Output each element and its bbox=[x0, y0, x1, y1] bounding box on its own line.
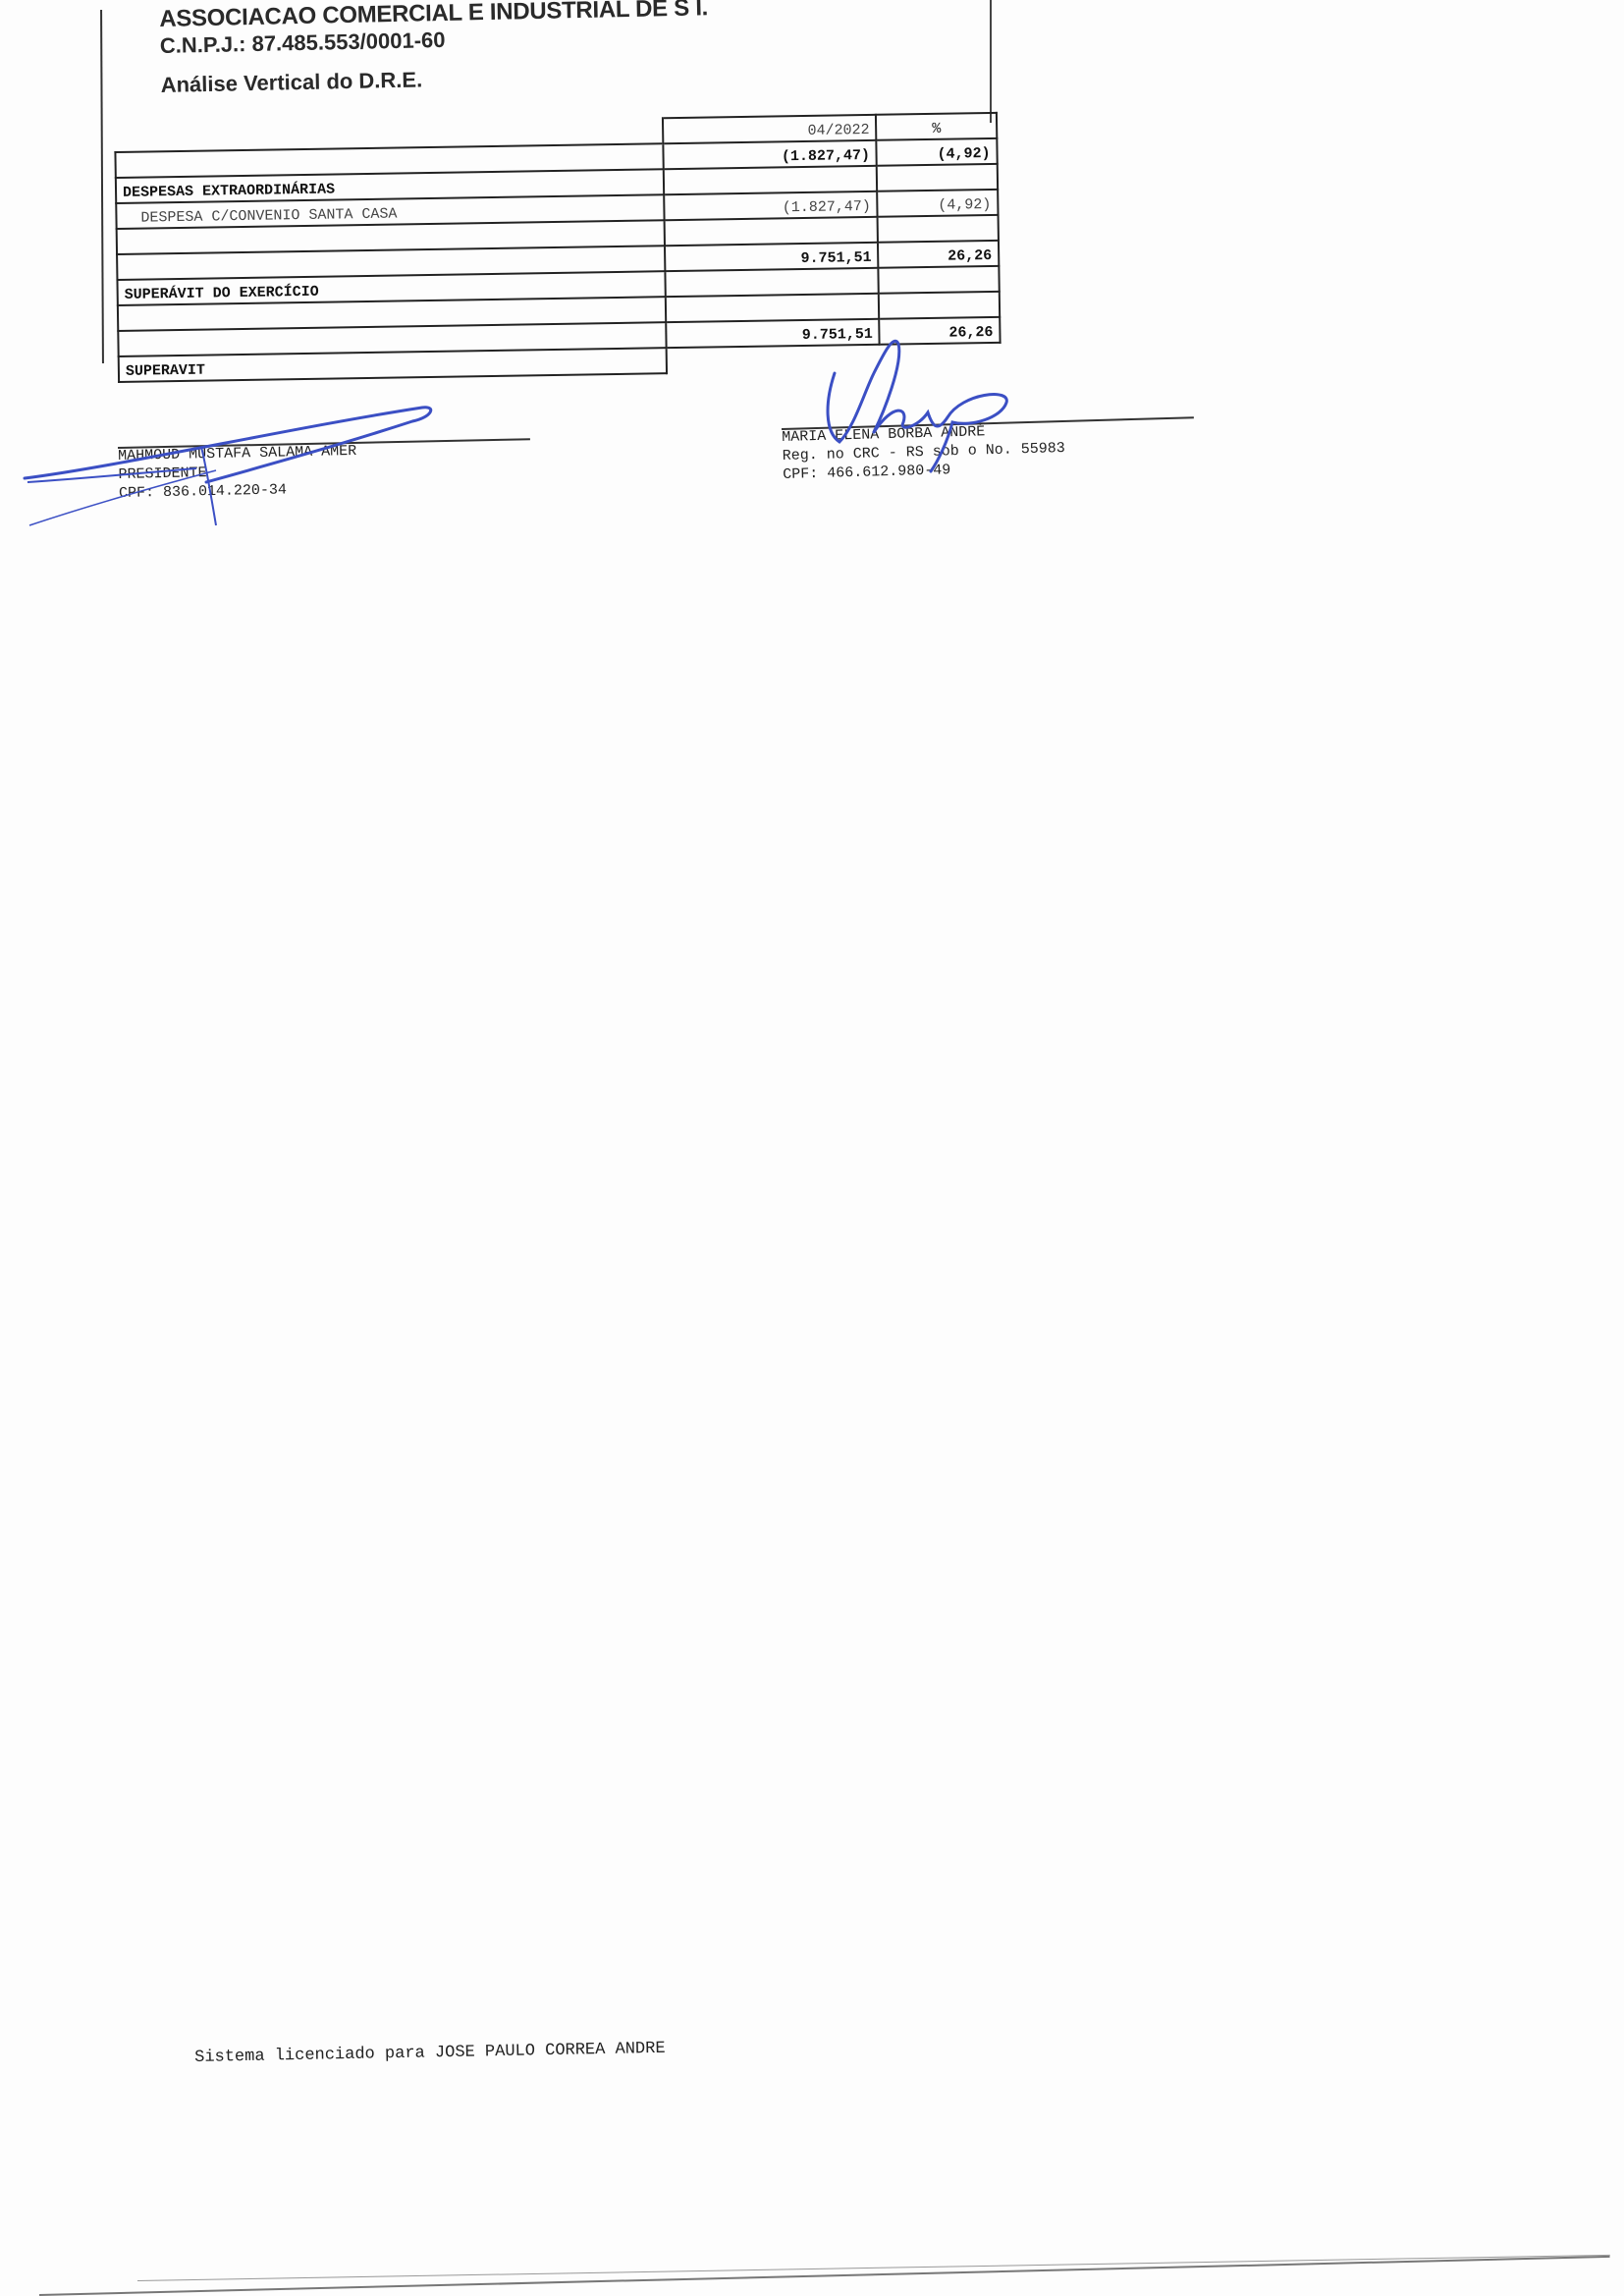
license-note: Sistema licenciado para JOSE PAULO CORRE… bbox=[194, 2040, 666, 2067]
signature-block-president: MAHMOUD MUSTAFA SALAMA AMER PRESIDENTE C… bbox=[118, 442, 357, 503]
row-percent bbox=[878, 215, 999, 243]
report-title: Análise Vertical do D.R.E. bbox=[160, 61, 709, 98]
scan-edge-line bbox=[137, 2255, 1610, 2281]
row-percent bbox=[880, 343, 1001, 370]
dre-table-container: 04/2022 % (1.827,47) (4,92) DESPESAS EXT… bbox=[114, 112, 1001, 383]
row-value bbox=[665, 217, 878, 246]
dre-table: 04/2022 % (1.827,47) (4,92) DESPESAS EXT… bbox=[114, 112, 1001, 383]
row-percent: (4,92) bbox=[878, 190, 999, 217]
signature-block-accountant: MARIA ELENA BORBA ANDRÉ Reg. no CRC - RS… bbox=[782, 420, 1066, 484]
row-value bbox=[666, 294, 879, 322]
document-header: ASSOCIACAO COMERCIAL E INDUSTRIAL DE S I… bbox=[159, 0, 710, 98]
scan-edge-line bbox=[39, 2256, 1610, 2296]
row-value bbox=[664, 166, 877, 194]
row-percent bbox=[879, 266, 1000, 294]
row-percent: (4,92) bbox=[877, 138, 998, 166]
row-value bbox=[667, 345, 880, 373]
row-percent bbox=[877, 164, 998, 191]
header-percent: % bbox=[876, 113, 997, 140]
row-value: (1.827,47) bbox=[665, 191, 878, 220]
row-value: 9.751,51 bbox=[665, 243, 878, 271]
page-frame-left-border bbox=[100, 10, 104, 363]
row-value: (1.827,47) bbox=[664, 140, 877, 169]
row-percent: 26,26 bbox=[880, 317, 1001, 345]
header-period: 04/2022 bbox=[663, 115, 876, 143]
signer-cpf: CPF: 836.014.220-34 bbox=[119, 479, 357, 503]
row-value bbox=[666, 268, 879, 297]
row-percent: 26,26 bbox=[878, 241, 999, 268]
page-frame-right-border bbox=[990, 0, 992, 123]
scanned-page: ASSOCIACAO COMERCIAL E INDUSTRIAL DE S I… bbox=[0, 0, 1624, 2296]
row-percent bbox=[879, 292, 1000, 319]
row-value: 9.751,51 bbox=[667, 319, 880, 348]
